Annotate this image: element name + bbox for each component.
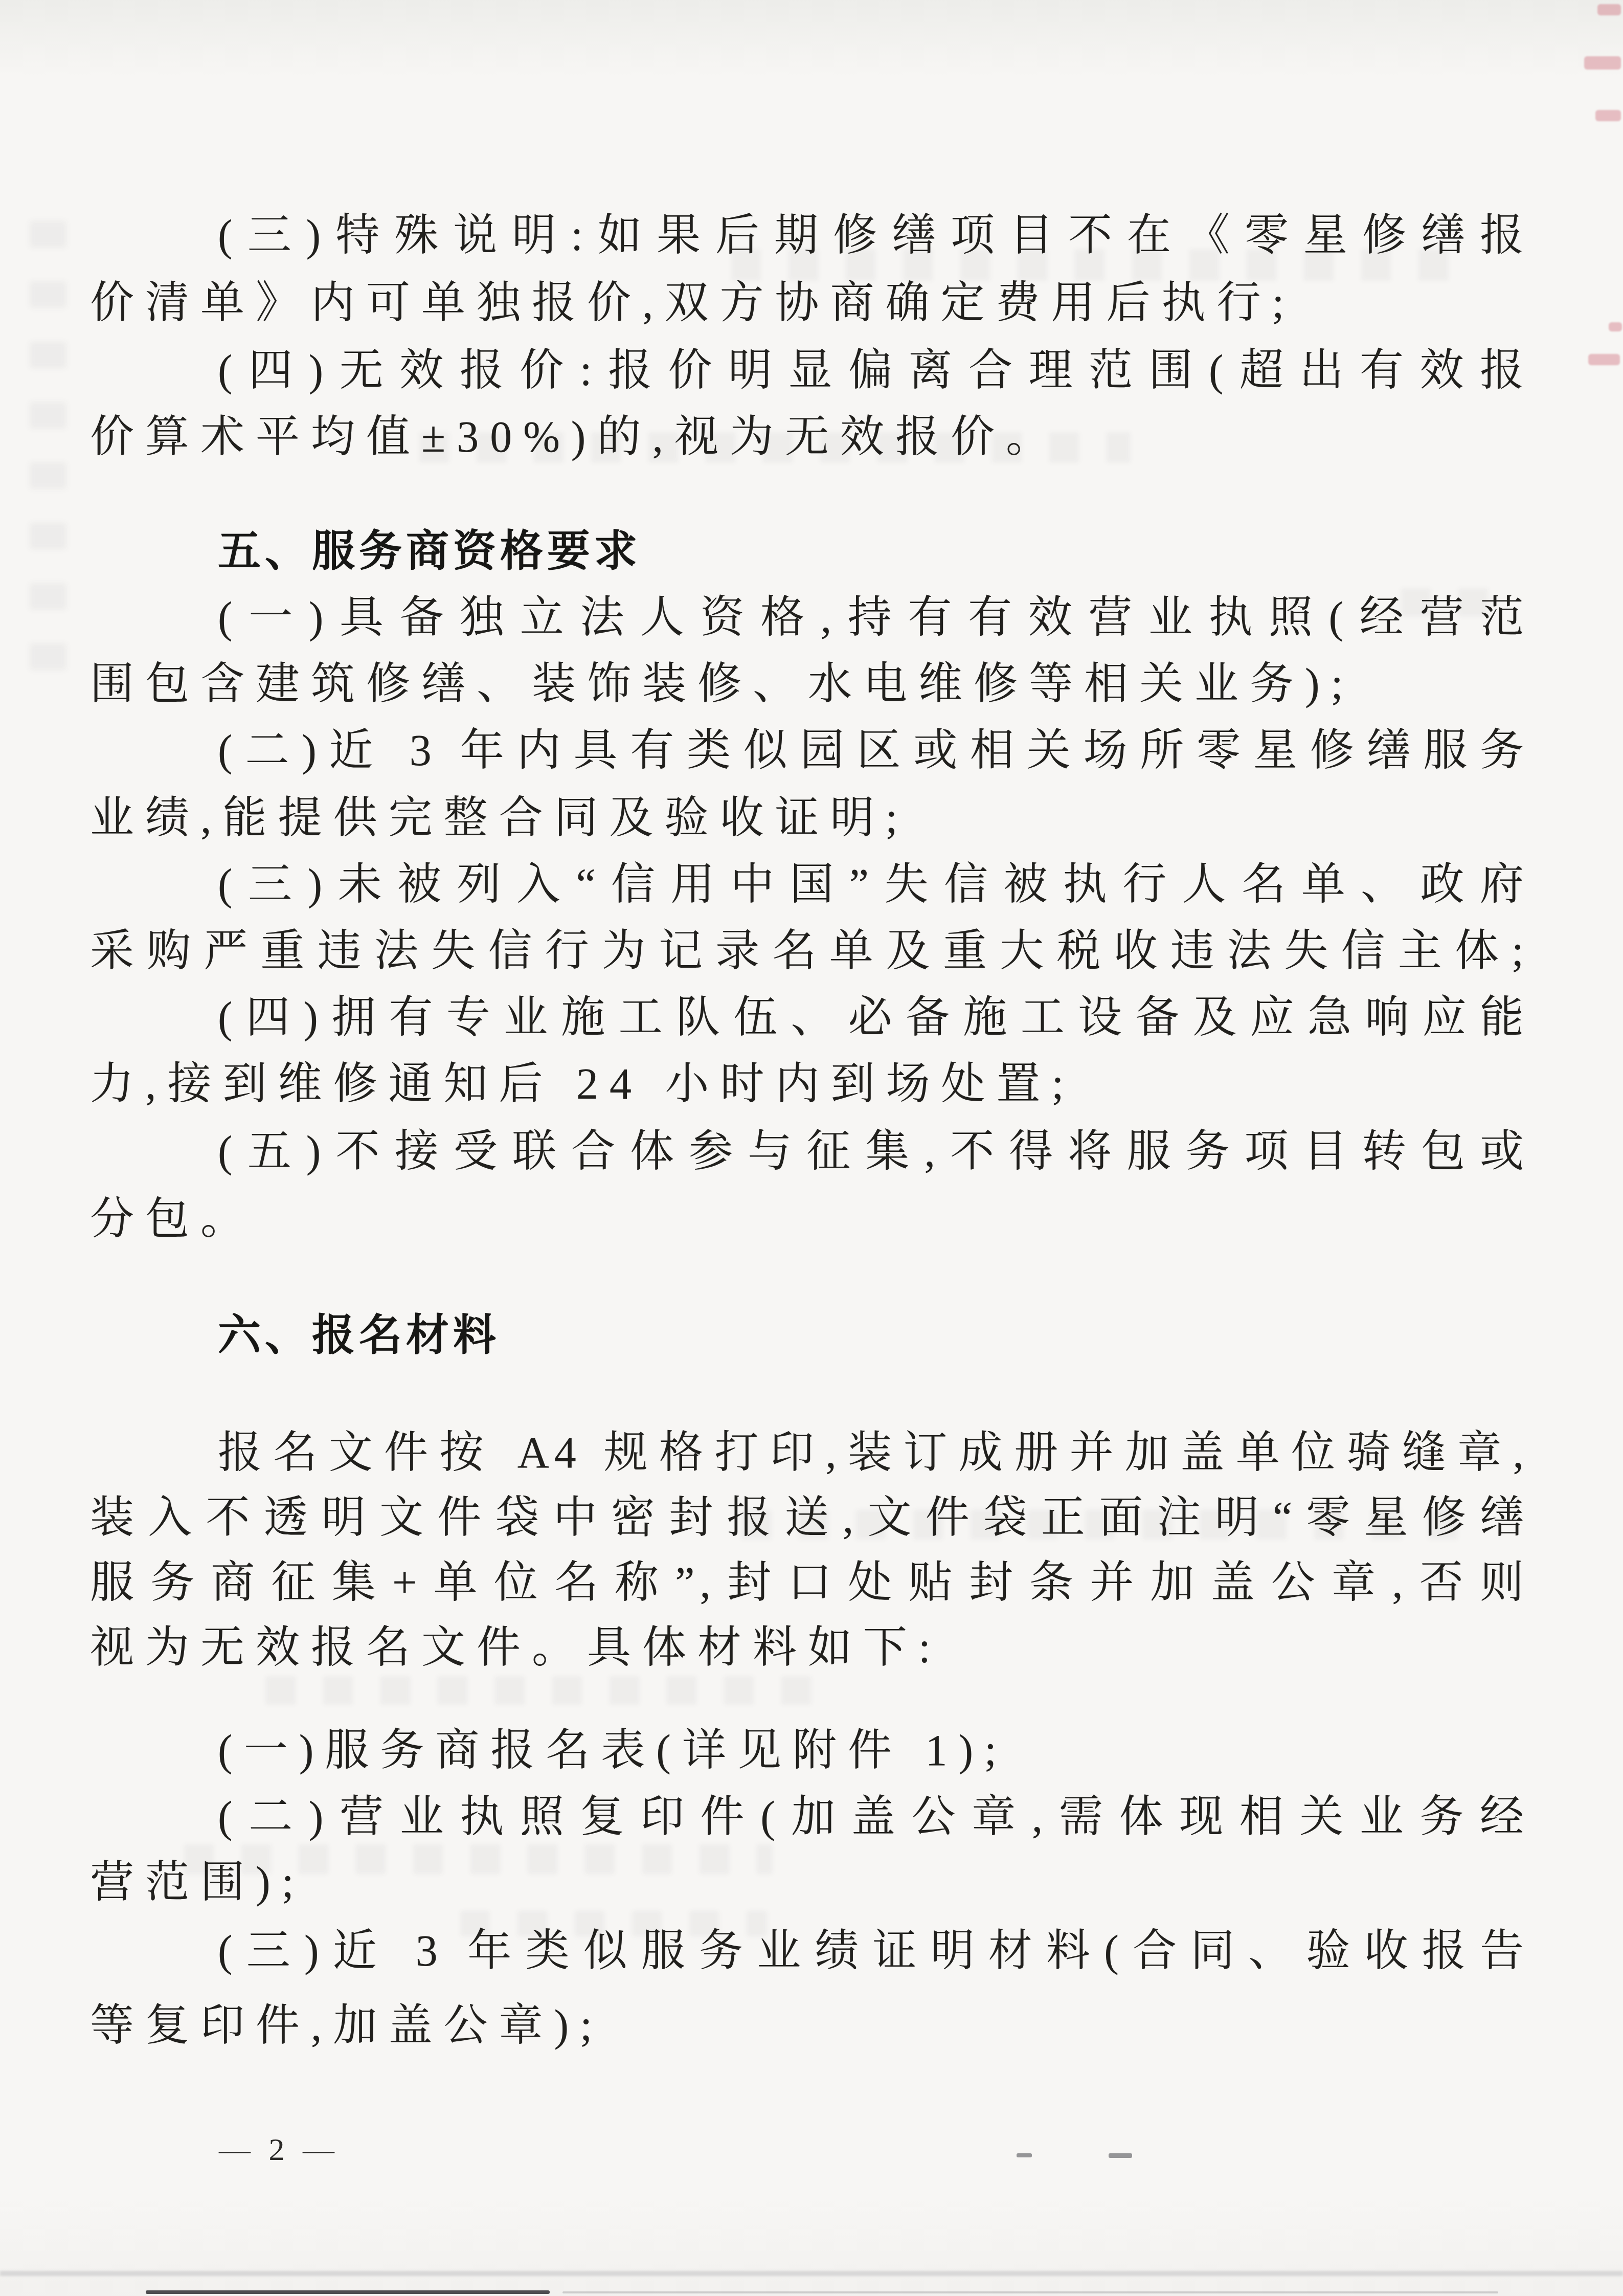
scan-edge-band bbox=[0, 2271, 1623, 2276]
body-line: 力,接到维修通知后 24 小时内到场处置; bbox=[90, 1058, 1529, 1109]
body-line: 围包含建筑修缮、装饰装修、水电维修等相关业务); bbox=[90, 658, 1529, 709]
body-line: (三)特殊说明:如果后期修缮项目不在《零星修缮报 bbox=[90, 210, 1529, 261]
body-line: 价清单》内可单独报价,双方协商确定费用后执行; bbox=[90, 277, 1529, 328]
body-line: (三)近 3 年类似服务业绩证明材料(合同、验收报告 bbox=[90, 1925, 1529, 1976]
scan-speck bbox=[1017, 2153, 1032, 2157]
bleed-through-artifact bbox=[30, 197, 66, 670]
body-line: 视为无效报名文件。具体材料如下: bbox=[90, 1622, 1529, 1673]
scan-edge-line bbox=[146, 2290, 550, 2294]
body-line: 采购严重违法失信行为记录名单及重大税收违法失信主体; bbox=[90, 925, 1529, 976]
body-line: (一)具备独立法人资格,持有有效营业执照(经营范 bbox=[90, 592, 1529, 643]
scan-speck bbox=[1109, 2153, 1132, 2158]
red-ink-bleed-mark bbox=[1595, 110, 1621, 121]
body-line: (四)拥有专业施工队伍、必备施工设备及应急响应能 bbox=[90, 992, 1529, 1043]
body-line: 营范围); bbox=[90, 1857, 1529, 1908]
red-ink-bleed-mark bbox=[1609, 322, 1622, 331]
bleed-through-artifact bbox=[266, 1676, 839, 1705]
body-line: 价算术平均值±30%)的,视为无效报价。 bbox=[90, 411, 1529, 462]
red-ink-bleed-mark bbox=[1597, 4, 1621, 15]
section-heading-6: 六、报名材料 bbox=[90, 1309, 1529, 1361]
red-ink-bleed-mark bbox=[1584, 56, 1621, 70]
scanned-document-page: (三)特殊说明:如果后期修缮项目不在《零星修缮报 价清单》内可单独报价,双方协商… bbox=[0, 0, 1623, 2296]
page-number: — 2 — bbox=[219, 2132, 340, 2168]
body-line: 等复印件,加盖公章); bbox=[90, 2000, 1529, 2051]
scan-edge-line bbox=[562, 2291, 1498, 2293]
body-line: (二)营业执照复印件(加盖公章,需体现相关业务经 bbox=[90, 1791, 1529, 1842]
body-line: (一)服务商报名表(详见附件 1); bbox=[90, 1725, 1529, 1776]
body-line: (五)不接受联合体参与征集,不得将服务项目转包或 bbox=[90, 1126, 1529, 1177]
section-heading-5: 五、服务商资格要求 bbox=[90, 525, 1529, 576]
body-line: 分包。 bbox=[90, 1193, 1529, 1244]
body-line: (三)未被列入“信用中国”失信被执行人名单、政府 bbox=[90, 859, 1529, 910]
body-line: (四)无效报价:报价明显偏离合理范围(超出有效报 bbox=[90, 345, 1529, 396]
body-line: 报名文件按 A4 规格打印,装订成册并加盖单位骑缝章, bbox=[90, 1427, 1529, 1478]
red-ink-bleed-mark bbox=[1588, 354, 1620, 365]
body-line: (二)近 3 年内具有类似园区或相关场所零星修缮服务 bbox=[90, 725, 1529, 776]
body-line: 装入不透明文件袋中密封报送,文件袋正面注明“零星修缮 bbox=[90, 1492, 1529, 1543]
body-line: 业绩,能提供完整合同及验收证明; bbox=[90, 792, 1529, 843]
body-line: 服务商征集+单位名称”,封口处贴封条并加盖公章,否则 bbox=[90, 1557, 1529, 1608]
